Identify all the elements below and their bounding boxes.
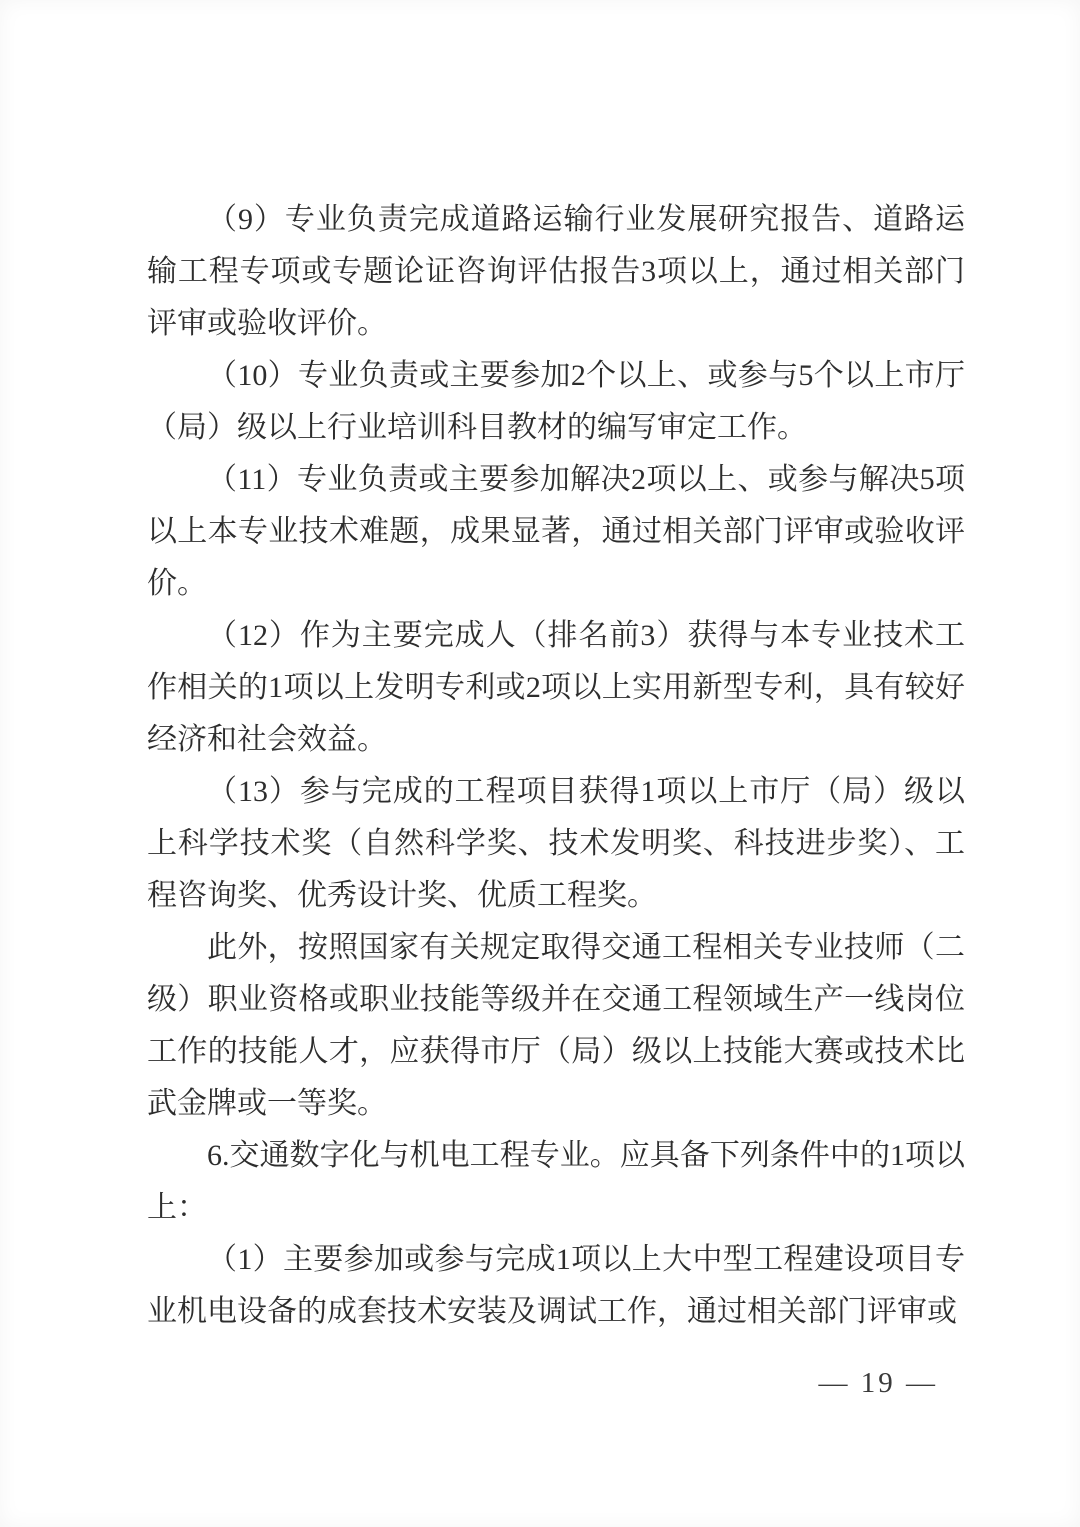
paragraph-item-12: （12）作为主要完成人（排名前3）获得与本专业技术工作相关的1项以上发明专利或2…: [147, 610, 965, 766]
paragraph-item-10: （10）专业负责或主要参加2个以上、或参与5个以上市厅（局）级以上行业培训科目教…: [147, 350, 965, 454]
page-number: — 19 —: [819, 1366, 939, 1400]
document-page: （9）专业负责完成道路运输行业发展研究报告、道路运输工程专项或专题论证咨询评估报…: [0, 0, 1080, 1527]
paragraph-item-13: （13）参与完成的工程项目获得1项以上市厅（局）级以上科学技术奖（自然科学奖、技…: [147, 766, 965, 922]
paragraph-section-6-heading: 6.交通数字化与机电工程专业。应具备下列条件中的1项以上：: [147, 1130, 965, 1234]
paragraph-item-11: （11）专业负责或主要参加解决2项以上、或参与解决5项以上本专业技术难题，成果显…: [147, 454, 965, 610]
paragraph-item-1: （1）主要参加或参与完成1项以上大中型工程建设项目专业机电设备的成套技术安装及调…: [147, 1234, 965, 1338]
document-body: （9）专业负责完成道路运输行业发展研究报告、道路运输工程专项或专题论证咨询评估报…: [147, 194, 965, 1338]
paragraph-item-9: （9）专业负责完成道路运输行业发展研究报告、道路运输工程专项或专题论证咨询评估报…: [147, 194, 965, 350]
paragraph-additional-skilled-talent: 此外，按照国家有关规定取得交通工程相关专业技师（二级）职业资格或职业技能等级并在…: [147, 922, 965, 1130]
